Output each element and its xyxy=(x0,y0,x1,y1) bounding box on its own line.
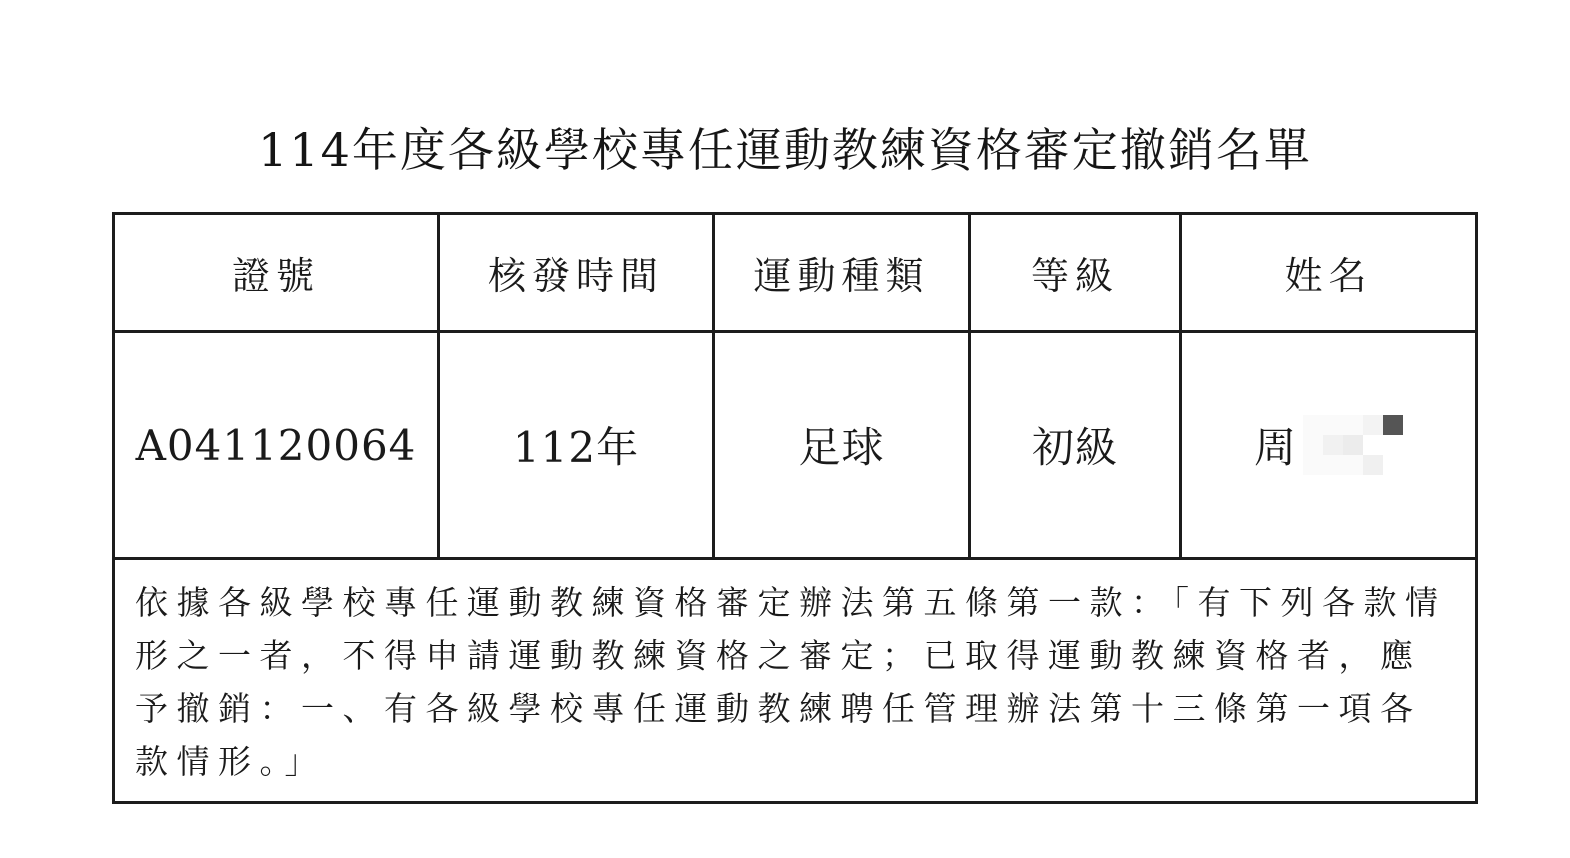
header-cert-no: 證號 xyxy=(114,214,439,332)
header-level: 等級 xyxy=(970,214,1181,332)
header-sport: 運動種類 xyxy=(714,214,970,332)
document-title: 114年度各級學校專任運動教練資格審定撤銷名單 xyxy=(0,118,1570,182)
name-surname: 周 xyxy=(1254,415,1297,475)
cell-sport: 足球 xyxy=(714,332,970,559)
cell-issue-time: 112年 xyxy=(439,332,714,559)
cell-name: 周 xyxy=(1181,332,1477,559)
legal-basis-note: 依據各級學校專任運動教練資格審定辦法第五條第一款：「有下列各款情形之一者，不得申… xyxy=(114,559,1477,803)
cell-cert-no: A041120064 xyxy=(114,332,439,559)
table-header-row: 證號 核發時間 運動種類 等級 姓名 xyxy=(114,214,1477,332)
redaction-mosaic-icon xyxy=(1303,415,1403,475)
revocation-table: 證號 核發時間 運動種類 等級 姓名 A041120064 112年 足球 初級… xyxy=(112,212,1478,804)
header-name: 姓名 xyxy=(1181,214,1477,332)
header-issue-time: 核發時間 xyxy=(439,214,714,332)
cell-level: 初級 xyxy=(970,332,1181,559)
note-row: 依據各級學校專任運動教練資格審定辦法第五條第一款：「有下列各款情形之一者，不得申… xyxy=(114,559,1477,803)
name-wrapper: 周 xyxy=(1254,415,1403,475)
table-row: A041120064 112年 足球 初級 周 xyxy=(114,332,1477,559)
